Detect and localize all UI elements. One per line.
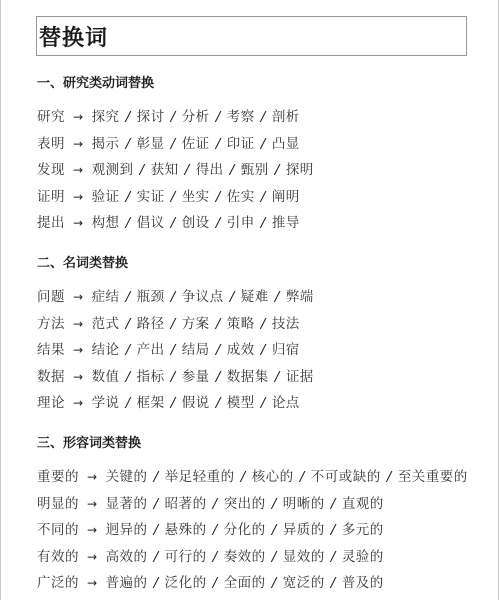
synonym-word: 凸显 bbox=[272, 136, 300, 152]
title-box: 替换词 bbox=[36, 16, 467, 56]
separator: / bbox=[387, 469, 392, 485]
synonym-word: 指标 bbox=[137, 369, 165, 385]
separator: / bbox=[261, 342, 266, 358]
separator: / bbox=[126, 136, 131, 152]
synonym-word: 核心的 bbox=[252, 469, 294, 485]
source-word: 结果 bbox=[37, 342, 65, 358]
separator: / bbox=[126, 316, 131, 332]
synonym-row: 研究→探究/探讨/分析/考察/剖析 bbox=[37, 105, 300, 125]
separator: / bbox=[154, 522, 159, 538]
synonym-word: 佐证 bbox=[182, 136, 210, 152]
synonym-word: 推导 bbox=[272, 215, 300, 231]
synonym-word: 症结 bbox=[92, 289, 120, 305]
synonym-word: 成效 bbox=[227, 342, 255, 358]
separator: / bbox=[171, 369, 176, 385]
separator: / bbox=[230, 162, 235, 178]
separator: / bbox=[272, 522, 277, 538]
arrow-icon: → bbox=[87, 470, 98, 484]
separator: / bbox=[154, 496, 159, 512]
separator: / bbox=[216, 369, 221, 385]
source-word: 广泛的 bbox=[37, 575, 79, 591]
synonym-word: 剖析 bbox=[272, 109, 300, 125]
arrow-icon: → bbox=[73, 343, 84, 357]
synonym-word: 探究 bbox=[92, 109, 120, 125]
synonym-word: 迥异的 bbox=[106, 522, 148, 538]
synonym-word: 悬殊的 bbox=[165, 522, 207, 538]
synonym-word: 创设 bbox=[182, 215, 210, 231]
arrow-icon: → bbox=[87, 523, 98, 537]
synonym-word: 至关重要的 bbox=[398, 469, 468, 485]
synonym-word: 佐实 bbox=[227, 189, 255, 205]
synonym-row: 广泛的→普遍的/泛化的/全面的/宽泛的/普及的 bbox=[37, 571, 384, 591]
separator: / bbox=[241, 469, 246, 485]
arrow-icon: → bbox=[73, 317, 84, 331]
separator: / bbox=[261, 136, 266, 152]
arrow-icon: → bbox=[73, 370, 84, 384]
synonym-word: 观测到 bbox=[92, 162, 134, 178]
synonym-row: 提出→构想/倡议/创设/引申/推导 bbox=[37, 211, 300, 231]
separator: / bbox=[126, 215, 131, 231]
synonym-word: 框架 bbox=[137, 395, 165, 411]
arrow-icon: → bbox=[73, 163, 84, 177]
separator: / bbox=[331, 522, 336, 538]
page-title: 替换词 bbox=[39, 21, 108, 52]
arrow-icon: → bbox=[73, 216, 84, 230]
synonym-row: 重要的→关键的/举足轻重的/核心的/不可或缺的/至关重要的 bbox=[37, 465, 468, 485]
document-page: 替换词 一、研究类动词替换 研究→探究/探讨/分析/考察/剖析表明→揭示/彰显/… bbox=[0, 0, 499, 600]
section-heading-verbs: 一、研究类动词替换 bbox=[37, 72, 154, 91]
separator: / bbox=[213, 496, 218, 512]
arrow-icon: → bbox=[87, 550, 98, 564]
synonym-word: 揭示 bbox=[92, 136, 120, 152]
source-word: 发现 bbox=[37, 162, 65, 178]
synonym-word: 多元的 bbox=[342, 522, 384, 538]
separator: / bbox=[275, 289, 280, 305]
separator: / bbox=[213, 549, 218, 565]
separator: / bbox=[154, 469, 159, 485]
separator: / bbox=[331, 496, 336, 512]
separator: / bbox=[171, 109, 176, 125]
synonym-word: 阐明 bbox=[272, 189, 300, 205]
separator: / bbox=[171, 189, 176, 205]
separator: / bbox=[216, 109, 221, 125]
synonym-word: 争议点 bbox=[182, 289, 224, 305]
source-word: 数据 bbox=[37, 369, 65, 385]
synonym-word: 范式 bbox=[92, 316, 120, 332]
synonym-word: 可行的 bbox=[165, 549, 207, 565]
synonym-word: 显著的 bbox=[106, 496, 148, 512]
separator: / bbox=[261, 109, 266, 125]
source-word: 问题 bbox=[37, 289, 65, 305]
source-word: 重要的 bbox=[37, 469, 79, 485]
source-word: 表明 bbox=[37, 136, 65, 152]
synonym-word: 普及的 bbox=[342, 575, 384, 591]
synonym-word: 实证 bbox=[137, 189, 165, 205]
section-heading-adjectives: 三、形容词类替换 bbox=[37, 432, 141, 451]
synonym-word: 结论 bbox=[92, 342, 120, 358]
synonym-word: 疑难 bbox=[241, 289, 269, 305]
synonym-word: 泛化的 bbox=[165, 575, 207, 591]
arrow-icon: → bbox=[73, 137, 84, 151]
separator: / bbox=[261, 316, 266, 332]
synonym-word: 甄别 bbox=[241, 162, 269, 178]
synonym-row: 数据→数值/指标/参量/数据集/证据 bbox=[37, 365, 314, 385]
synonym-word: 不可或缺的 bbox=[311, 469, 381, 485]
separator: / bbox=[261, 189, 266, 205]
synonym-word: 获知 bbox=[151, 162, 179, 178]
synonym-word: 关键的 bbox=[106, 469, 148, 485]
separator: / bbox=[171, 215, 176, 231]
separator: / bbox=[216, 395, 221, 411]
separator: / bbox=[171, 289, 176, 305]
synonym-word: 产出 bbox=[137, 342, 165, 358]
synonym-word: 数值 bbox=[92, 369, 120, 385]
synonym-word: 弊端 bbox=[286, 289, 314, 305]
separator: / bbox=[185, 162, 190, 178]
synonym-word: 高效的 bbox=[106, 549, 148, 565]
synonym-word: 构想 bbox=[92, 215, 120, 231]
separator: / bbox=[272, 496, 277, 512]
synonym-row: 理论→学说/框架/假说/模型/论点 bbox=[37, 391, 300, 411]
synonym-word: 归宿 bbox=[272, 342, 300, 358]
synonym-word: 学说 bbox=[92, 395, 120, 411]
synonym-word: 瓶颈 bbox=[137, 289, 165, 305]
separator: / bbox=[171, 136, 176, 152]
synonym-word: 举足轻重的 bbox=[165, 469, 235, 485]
synonym-word: 倡议 bbox=[137, 215, 165, 231]
arrow-icon: → bbox=[73, 290, 84, 304]
synonym-word: 参量 bbox=[182, 369, 210, 385]
separator: / bbox=[272, 549, 277, 565]
source-word: 明显的 bbox=[37, 496, 79, 512]
separator: / bbox=[171, 342, 176, 358]
synonym-row: 结果→结论/产出/结局/成效/归宿 bbox=[37, 338, 300, 358]
separator: / bbox=[261, 215, 266, 231]
separator: / bbox=[213, 575, 218, 591]
synonym-word: 策略 bbox=[227, 316, 255, 332]
synonym-word: 证据 bbox=[286, 369, 314, 385]
synonym-word: 结局 bbox=[182, 342, 210, 358]
separator: / bbox=[154, 575, 159, 591]
source-word: 提出 bbox=[37, 215, 65, 231]
synonym-row: 不同的→迥异的/悬殊的/分化的/异质的/多元的 bbox=[37, 518, 384, 538]
arrow-icon: → bbox=[73, 396, 84, 410]
separator: / bbox=[126, 369, 131, 385]
synonym-word: 奏效的 bbox=[224, 549, 266, 565]
synonym-word: 明晰的 bbox=[283, 496, 325, 512]
synonym-word: 昭著的 bbox=[165, 496, 207, 512]
arrow-icon: → bbox=[73, 190, 84, 204]
section-heading-nouns: 二、名词类替换 bbox=[37, 252, 128, 271]
synonym-word: 验证 bbox=[92, 189, 120, 205]
separator: / bbox=[216, 342, 221, 358]
synonym-word: 坐实 bbox=[182, 189, 210, 205]
separator: / bbox=[126, 342, 131, 358]
synonym-word: 显效的 bbox=[283, 549, 325, 565]
synonym-row: 表明→揭示/彰显/佐证/印证/凸显 bbox=[37, 132, 300, 152]
synonym-word: 模型 bbox=[227, 395, 255, 411]
synonym-word: 路径 bbox=[137, 316, 165, 332]
synonym-row: 问题→症结/瓶颈/争议点/疑难/弊端 bbox=[37, 285, 314, 305]
synonym-word: 灵验的 bbox=[342, 549, 384, 565]
separator: / bbox=[261, 395, 266, 411]
source-word: 不同的 bbox=[37, 522, 79, 538]
separator: / bbox=[331, 549, 336, 565]
separator: / bbox=[216, 189, 221, 205]
separator: / bbox=[300, 469, 305, 485]
synonym-word: 引申 bbox=[227, 215, 255, 231]
synonym-row: 明显的→显著的/昭著的/突出的/明晰的/直观的 bbox=[37, 492, 384, 512]
source-word: 有效的 bbox=[37, 549, 79, 565]
synonym-word: 方案 bbox=[182, 316, 210, 332]
separator: / bbox=[126, 289, 131, 305]
separator: / bbox=[154, 549, 159, 565]
synonym-word: 探讨 bbox=[137, 109, 165, 125]
separator: / bbox=[275, 369, 280, 385]
synonym-word: 技法 bbox=[272, 316, 300, 332]
separator: / bbox=[216, 316, 221, 332]
separator: / bbox=[275, 162, 280, 178]
synonym-word: 考察 bbox=[227, 109, 255, 125]
separator: / bbox=[140, 162, 145, 178]
synonym-word: 分化的 bbox=[224, 522, 266, 538]
synonym-word: 直观的 bbox=[342, 496, 384, 512]
synonym-word: 普遍的 bbox=[106, 575, 148, 591]
arrow-icon: → bbox=[87, 576, 98, 590]
separator: / bbox=[126, 189, 131, 205]
synonym-row: 有效的→高效的/可行的/奏效的/显效的/灵验的 bbox=[37, 545, 384, 565]
separator: / bbox=[126, 395, 131, 411]
source-word: 方法 bbox=[37, 316, 65, 332]
synonym-word: 数据集 bbox=[227, 369, 269, 385]
source-word: 理论 bbox=[37, 395, 65, 411]
separator: / bbox=[331, 575, 336, 591]
synonym-word: 彰显 bbox=[137, 136, 165, 152]
separator: / bbox=[213, 522, 218, 538]
synonym-row: 证明→验证/实证/坐实/佐实/阐明 bbox=[37, 185, 300, 205]
synonym-row: 方法→范式/路径/方案/策略/技法 bbox=[37, 312, 300, 332]
arrow-icon: → bbox=[87, 497, 98, 511]
synonym-word: 论点 bbox=[272, 395, 300, 411]
separator: / bbox=[171, 395, 176, 411]
separator: / bbox=[230, 289, 235, 305]
synonym-word: 假说 bbox=[182, 395, 210, 411]
synonym-word: 全面的 bbox=[224, 575, 266, 591]
synonym-row: 发现→观测到/获知/得出/甄别/探明 bbox=[37, 158, 314, 178]
separator: / bbox=[216, 136, 221, 152]
synonym-word: 突出的 bbox=[224, 496, 266, 512]
synonym-word: 异质的 bbox=[283, 522, 325, 538]
arrow-icon: → bbox=[73, 110, 84, 124]
separator: / bbox=[272, 575, 277, 591]
synonym-word: 分析 bbox=[182, 109, 210, 125]
separator: / bbox=[216, 215, 221, 231]
separator: / bbox=[126, 109, 131, 125]
synonym-word: 得出 bbox=[196, 162, 224, 178]
source-word: 研究 bbox=[37, 109, 65, 125]
synonym-word: 印证 bbox=[227, 136, 255, 152]
separator: / bbox=[171, 316, 176, 332]
synonym-word: 探明 bbox=[286, 162, 314, 178]
source-word: 证明 bbox=[37, 189, 65, 205]
synonym-word: 宽泛的 bbox=[283, 575, 325, 591]
